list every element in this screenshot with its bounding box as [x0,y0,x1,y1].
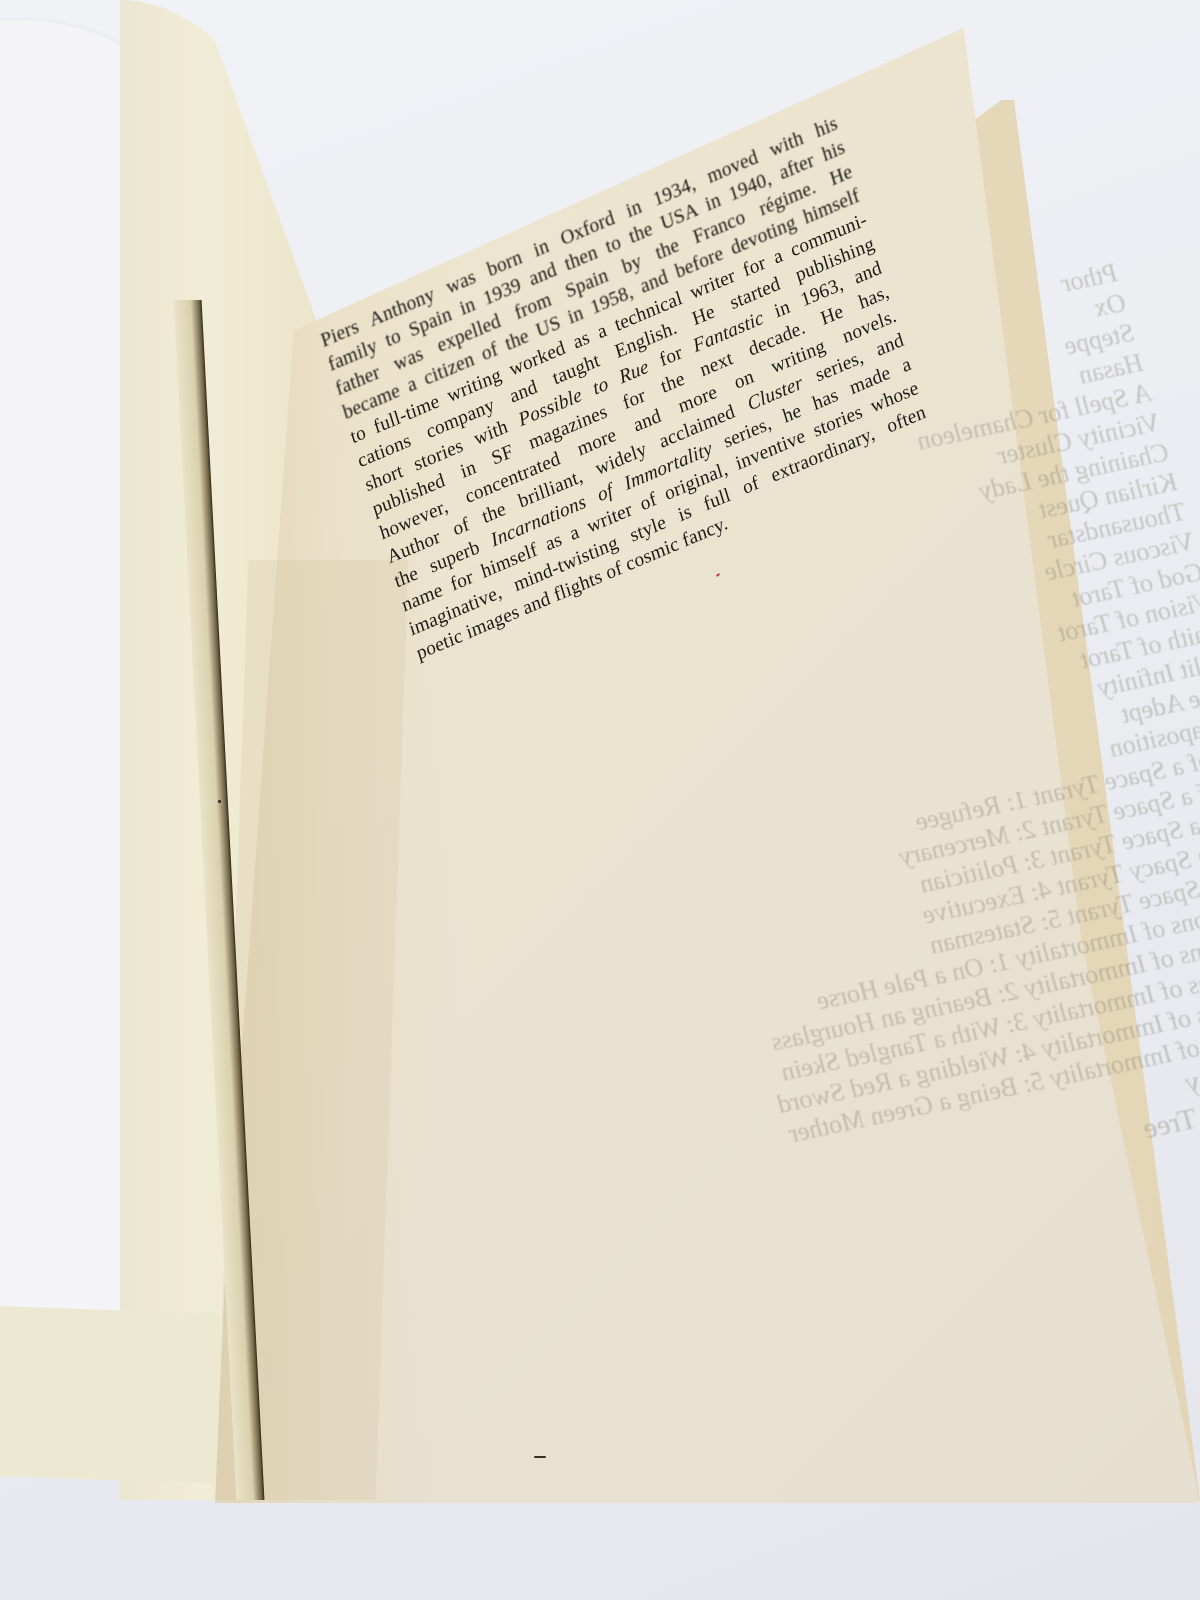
red-pen-loop-icon [0,234,9,327]
paper-speck [218,800,221,803]
left-flyleaf-lower-edge [0,1306,220,1484]
paper-speck [534,1456,546,1458]
photo-scene: 7 Pthor Ox Steppe Hasan A Spell for Cham… [0,0,1200,1600]
red-pen-mark-seven: 7 [0,147,11,246]
